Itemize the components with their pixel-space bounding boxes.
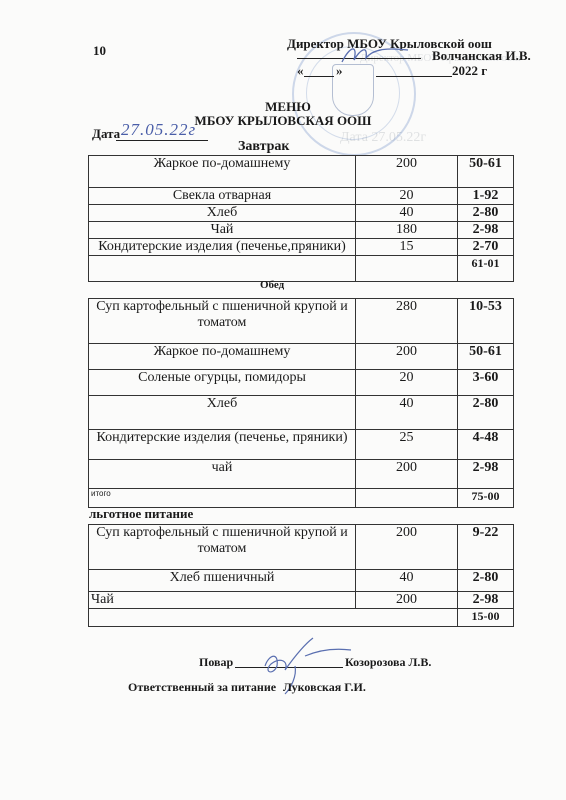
total-row: итого 75-00 [89,489,514,508]
total-label: итого [89,489,356,508]
table-row: Свекла отварная 20 1-92 [89,188,514,205]
total-label [89,609,356,627]
dish-name: Хлеб пшеничный [89,570,356,592]
day-line [304,76,334,77]
responsible-name: Луковская Г.И. [283,680,366,695]
total-price: 61-01 [458,256,514,282]
table-row: Хлеб пшеничный 40 2-80 [89,570,514,592]
dish-price: 2-80 [458,205,514,222]
dish-name: Кондитерские изделия (печенье, пряники) [89,430,356,460]
table-row: Чай 180 2-98 [89,222,514,239]
dish-weight: 20 [356,370,458,396]
empty-cell [356,489,458,508]
date-quote-close: » [336,63,343,79]
table-row: Кондитерские изделия (печенье, пряники) … [89,430,514,460]
dish-price: 1-92 [458,188,514,205]
director-name: Волчанская И.В. [432,48,531,64]
dish-weight: 200 [356,525,458,570]
director-signature [340,42,410,66]
date-underline [116,140,208,141]
dish-weight: 280 [356,299,458,344]
date-quote-open: « [297,63,304,79]
dish-name: Чай [89,592,356,609]
dish-price: 2-98 [458,592,514,609]
total-price: 15-00 [458,609,514,627]
dish-weight: 40 [356,205,458,222]
dish-weight: 200 [356,344,458,370]
table-row: Кондитерские изделия (печенье,пряники) 1… [89,239,514,256]
dish-weight: 200 [356,460,458,489]
benefit-heading: льготное питание [89,506,193,522]
cook-name: Козорозова Л.В. [345,655,431,670]
lunch-table: Суп картофельный с пшеничной крупой и то… [88,298,514,508]
breakfast-table: Жаркое по-домашнему 200 50-61 Свекла отв… [88,155,514,282]
dish-name: Чай [89,222,356,239]
dish-name: Хлеб [89,205,356,222]
cook-label: Повар [199,655,233,670]
table-row: Хлеб 40 2-80 [89,205,514,222]
year: 2022 г [452,63,487,79]
dish-price: 9-22 [458,525,514,570]
total-row: 61-01 [89,256,514,282]
lunch-heading: Обед [260,279,284,291]
dish-name: Суп картофельный с пшеничной крупой и то… [89,299,356,344]
dish-price: 4-48 [458,430,514,460]
dish-weight: 15 [356,239,458,256]
table-row: Суп картофельный с пшеничной крупой и то… [89,525,514,570]
table-row: чай 200 2-98 [89,460,514,489]
dish-price: 2-98 [458,460,514,489]
total-row: 15-00 [89,609,514,627]
dish-weight: 180 [356,222,458,239]
table-row: Соленые огурцы, помидоры 20 3-60 [89,370,514,396]
dish-name: чай [89,460,356,489]
dish-name: Жаркое по-домашнему [89,156,356,188]
dish-price: 2-80 [458,570,514,592]
benefit-table: Суп картофельный с пшеничной крупой и то… [88,524,514,627]
dish-weight: 40 [356,570,458,592]
dish-name: Хлеб [89,396,356,430]
dish-price: 50-61 [458,156,514,188]
dish-weight: 200 [356,156,458,188]
table-row: Чай 200 2-98 [89,592,514,609]
empty-cell [356,609,458,627]
month-line [376,76,452,77]
dish-price: 2-70 [458,239,514,256]
dish-price: 2-80 [458,396,514,430]
dish-weight: 40 [356,396,458,430]
table-row: Жаркое по-домашнему 200 50-61 [89,344,514,370]
empty-cell [356,256,458,282]
dish-name: Свекла отварная [89,188,356,205]
page-number: 10 [93,43,106,59]
table-row: Жаркое по-домашнему 200 50-61 [89,156,514,188]
table-row: Суп картофельный с пшеничной крупой и то… [89,299,514,344]
dish-price: 50-61 [458,344,514,370]
total-price: 75-00 [458,489,514,508]
dish-weight: 20 [356,188,458,205]
breakfast-heading: Завтрак [238,139,290,155]
date-handwritten: 27.05.22г [121,120,196,140]
dish-name: Суп картофельный с пшеничной крупой и то… [89,525,356,570]
dish-weight: 200 [356,592,458,609]
total-label [89,256,356,282]
dish-price: 2-98 [458,222,514,239]
responsible-label: Ответственный за питание [128,680,276,695]
dish-weight: 25 [356,430,458,460]
dish-name: Кондитерские изделия (печенье,пряники) [89,239,356,256]
dish-name: Жаркое по-домашнему [89,344,356,370]
dish-name: Соленые огурцы, помидоры [89,370,356,396]
school-name: МБОУ КРЫЛОВСКАЯ ООШ [0,113,566,129]
dish-price: 3-60 [458,370,514,396]
dish-price: 10-53 [458,299,514,344]
table-row: Хлеб 40 2-80 [89,396,514,430]
